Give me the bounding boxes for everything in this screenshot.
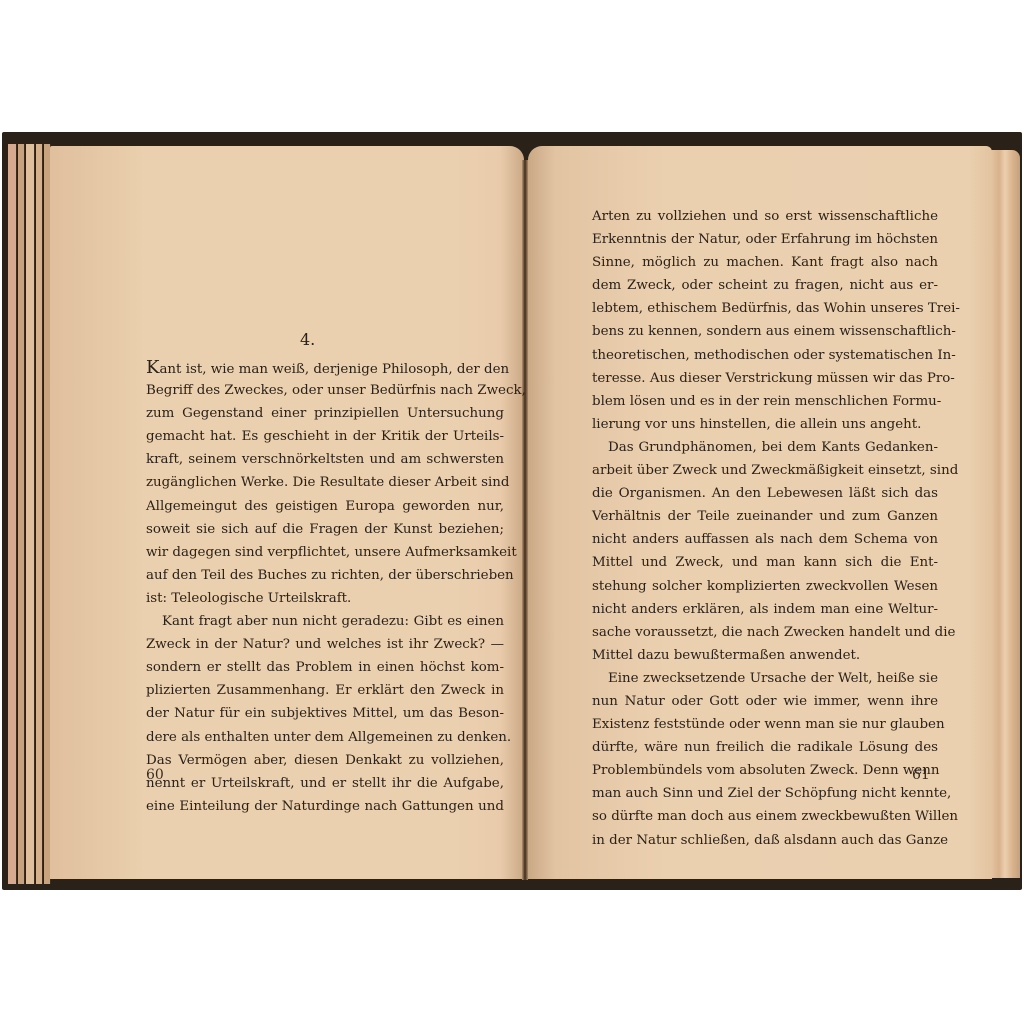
text-line: dürfte, wäre nun freilich die radikale L… — [592, 736, 938, 759]
text-line: sache voraussetzt, die nach Zwecken hand… — [592, 621, 938, 644]
right-page-edges — [990, 150, 1020, 878]
text-line: dere als enthalten unter dem Allgemeinen… — [146, 726, 504, 749]
text-line: Zweck in der Natur? und welches ist ihr … — [146, 633, 504, 656]
text-line: Begriff des Zweckes, oder unser Bedürfni… — [146, 379, 504, 402]
text-line: soweit sie sich auf die Fragen der Kunst… — [146, 518, 504, 541]
text-line: der Natur für ein subjektives Mittel, um… — [146, 702, 504, 725]
page-edge — [8, 144, 17, 884]
text-line: Erkenntnis der Natur, oder Erfahrung im … — [592, 228, 938, 251]
left-page-edges — [8, 144, 56, 884]
page-number-left: 60 — [146, 767, 164, 783]
text-line: Allgemeingut des geistigen Europa geword… — [146, 495, 504, 518]
text-line: wir dagegen sind verpflichtet, unsere Au… — [146, 541, 504, 564]
text-line: gemacht hat. Es geschieht in der Kritik … — [146, 425, 504, 448]
text-line: nicht anders auffassen als nach dem Sche… — [592, 528, 938, 551]
text-line: zum Gegenstand einer prinzipiellen Unter… — [146, 402, 504, 425]
drop-cap: K — [146, 357, 159, 378]
text-line: eine Einteilung der Naturdinge nach Gatt… — [146, 795, 504, 818]
book-gutter — [522, 160, 528, 880]
text-line: Mittel dazu bewußtermaßen anwendet. — [592, 644, 938, 667]
left-page-text: Kant ist, wie man weiß, derjenige Philos… — [146, 356, 504, 818]
text-line: theoretischen, methodischen oder systema… — [592, 344, 938, 367]
page-number-right: 61 — [912, 767, 930, 783]
text-line: Sinne, möglich zu machen. Kant fragt als… — [592, 251, 938, 274]
text-line: arbeit über Zweck und Zweckmäßigkeit ein… — [592, 459, 938, 482]
text-line: Arten zu vollziehen und so erst wissensc… — [592, 205, 938, 228]
text-line: ist: Teleologische Urteilskraft. — [146, 587, 504, 610]
text-line: die Organismen. An den Lebewesen läßt si… — [592, 482, 938, 505]
text-line: Das Vermögen aber, diesen Denkakt zu vol… — [146, 749, 504, 772]
text-line: nennt er Urteilskraft, und er stellt ihr… — [146, 772, 504, 795]
page-edge — [26, 144, 35, 884]
text-line: zugänglichen Werke. Die Resultate dieser… — [146, 471, 504, 494]
text-line: dem Zweck, oder scheint zu fragen, nicht… — [592, 274, 938, 297]
text-line: auf den Teil des Buches zu richten, der … — [146, 564, 504, 587]
text-line-first: Kant ist, wie man weiß, derjenige Philos… — [146, 356, 504, 379]
text-line: Existenz feststünde oder wenn man sie nu… — [592, 713, 938, 736]
text-line: nun Natur oder Gott oder wie immer, wenn… — [592, 690, 938, 713]
text-line: lebtem, ethischem Bedürfnis, das Wohin u… — [592, 297, 938, 320]
text-line: in der Natur schließen, daß alsdann auch… — [592, 829, 938, 852]
text-line: bens zu kennen, sondern aus einem wissen… — [592, 320, 938, 343]
text-line-paragraph-start: Das Grundphänomen, bei dem Kants Gedanke… — [592, 436, 938, 459]
text-line-paragraph-start: Eine zwecksetzende Ursache der Welt, hei… — [592, 667, 938, 690]
page-edge — [18, 144, 25, 884]
text-line: Verhältnis der Teile zueinander und zum … — [592, 505, 938, 528]
text-line: nicht anders erklären, als indem man ein… — [592, 598, 938, 621]
text-line: so dürfte man doch aus einem zweckbewußt… — [592, 805, 938, 828]
text-line: lierung vor uns hinstellen, die allein u… — [592, 413, 938, 436]
text-line-paragraph-start: Kant fragt aber nun nicht geradezu: Gibt… — [146, 610, 504, 633]
page-edge — [36, 144, 43, 884]
chapter-number: 4. — [300, 330, 315, 349]
text-line: man auch Sinn und Ziel der Schöpfung nic… — [592, 782, 938, 805]
text-line: sondern er stellt das Problem in einen h… — [146, 656, 504, 679]
text-line: blem lösen und es in der rein menschlich… — [592, 390, 938, 413]
text-line: teresse. Aus dieser Verstrickung müssen … — [592, 367, 938, 390]
text-line: stehung solcher komplizierten zweckvolle… — [592, 575, 938, 598]
text-line: plizierten Zusammenhang. Er erklärt den … — [146, 679, 504, 702]
text-line: kraft, seinem verschnörkeltsten und am s… — [146, 448, 504, 471]
text-line: Mittel und Zweck, und man kann sich die … — [592, 551, 938, 574]
right-page-text: Arten zu vollziehen und so erst wissensc… — [592, 205, 938, 852]
text-line: Problembündels vom absoluten Zweck. Denn… — [592, 759, 938, 782]
